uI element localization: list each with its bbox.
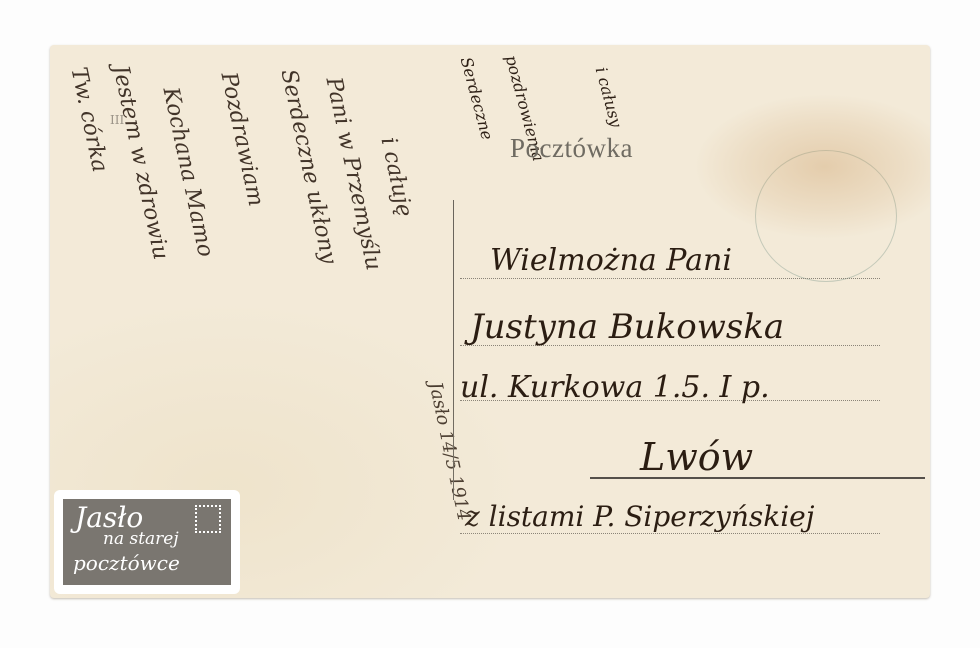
address-line-1: Wielmożna Pani xyxy=(490,243,732,278)
address-line-2: Justyna Bukowska xyxy=(470,307,784,347)
address-line-3: ul. Kurkowa 1.5. I p. xyxy=(460,370,770,405)
watermark-logo: Jasło na starej pocztówce xyxy=(57,493,237,591)
address-line xyxy=(460,278,880,279)
message-line: Pozdrawiam xyxy=(216,70,269,209)
address-city: Lwów xyxy=(640,435,753,479)
postmark xyxy=(755,150,897,282)
message-line: Tw. córka xyxy=(66,65,113,175)
margin-note: Serdeczne xyxy=(457,55,497,142)
postcard-title: Pocztówka xyxy=(510,133,633,164)
address-line xyxy=(460,533,880,534)
address-line-5: z listami P. Siperzyńskiej xyxy=(465,500,814,533)
margin-note: i całusy xyxy=(592,65,626,129)
stamp-icon xyxy=(195,505,221,533)
message-line: i całuję xyxy=(376,135,417,219)
logo-line-2: na starej xyxy=(103,529,179,549)
logo-line-3: pocztówce xyxy=(73,551,180,575)
vertical-divider xyxy=(453,200,454,500)
